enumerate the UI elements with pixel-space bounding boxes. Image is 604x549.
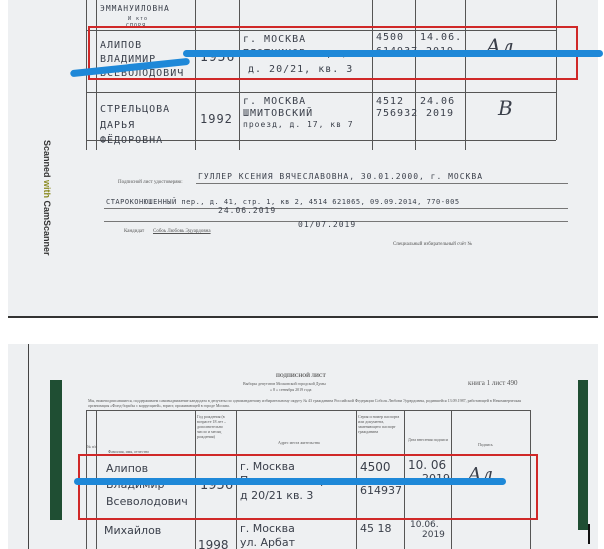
certifier-date: 24.06.2019 bbox=[218, 206, 276, 215]
sign-year: 2019 bbox=[422, 530, 445, 540]
first-name: ДАРЬЯ bbox=[100, 120, 135, 131]
underline bbox=[104, 208, 568, 209]
book-sheet-number: книга 1 лист 490 bbox=[468, 379, 518, 387]
sign-date: 10.06. bbox=[410, 520, 439, 530]
page-edge bbox=[28, 344, 29, 549]
birth-year: 1992 bbox=[200, 112, 233, 126]
sheet-subtitle: Выборы депутатов Московской городской Ду… bbox=[243, 381, 326, 386]
row-divider bbox=[86, 92, 556, 93]
address-house: проезд, д. 17, кв 7 bbox=[243, 120, 354, 129]
certifier-line-2: СТАРОКОНЮШЕННЫЙ пер., д. 41, стр. 1, кв … bbox=[106, 198, 460, 206]
candidate-label: Кандидат bbox=[124, 229, 144, 234]
signature: B bbox=[498, 96, 513, 120]
prev-row-name: ЭММАНУИЛОВНА bbox=[100, 4, 170, 13]
col-header-signature: Подпись bbox=[478, 442, 493, 447]
address-street: ул. Арбат bbox=[240, 536, 295, 549]
bottom-scan-page: ПОДПИСНОЙ ЛИСТ Выборы депутатов Московск… bbox=[8, 344, 598, 549]
sign-year: 2019 bbox=[426, 108, 454, 119]
col-header-passport: Серия и номер паспорта или документа, за… bbox=[358, 414, 402, 434]
camscanner-watermark: Scanned with CamScanner bbox=[42, 140, 52, 256]
certifier-label: Подписной лист удостоверяю: bbox=[118, 180, 183, 185]
birth-year: 1998 bbox=[198, 538, 229, 549]
certifier-line-1: ГУЛЛЕР КСЕНИЯ ВЯЧЕСЛАВОВНА, 30.01.2000, … bbox=[198, 172, 483, 181]
strike-line bbox=[183, 50, 603, 57]
prev-row-note: И кто bbox=[128, 16, 148, 22]
passport-number: 756932 bbox=[376, 108, 418, 119]
address-street: ШМИТОВСКИЙ bbox=[243, 108, 313, 119]
special-account-label: Специальный избирательный счёт № bbox=[393, 242, 472, 247]
underline bbox=[196, 183, 568, 184]
sign-date: 24.06 bbox=[420, 96, 455, 107]
surname: Михайлов bbox=[104, 524, 161, 537]
col-header-birth: Год рождения (в возрасте 18 лет – дополн… bbox=[197, 414, 233, 439]
table-border bbox=[86, 410, 530, 411]
highlight-box bbox=[78, 454, 538, 520]
edge-mark bbox=[588, 524, 590, 544]
passport-series: 4512 bbox=[376, 96, 404, 107]
strike-line bbox=[74, 478, 506, 485]
address-city: г. Москва bbox=[240, 522, 295, 535]
col-header-date: Дата внесения подписи bbox=[408, 437, 448, 442]
election-date: « 8 » сентября 2019 года bbox=[270, 387, 311, 392]
passport-series: 45 18 bbox=[360, 522, 392, 535]
green-strip bbox=[50, 380, 62, 520]
top-scan-page: Scanned with CamScanner ЭММАНУИЛОВНА И к… bbox=[8, 0, 598, 318]
candidate-name: Собоь Любовь Эдуардовна bbox=[153, 229, 211, 234]
col-header-number: № п/п bbox=[87, 444, 97, 449]
col-header-address: Адрес места жительства bbox=[278, 440, 320, 445]
patronymic: ФЁДОРОВНА bbox=[100, 135, 163, 146]
address-city: г. МОСКВА bbox=[243, 96, 306, 107]
candidate-date: 01/07.2019 bbox=[298, 220, 356, 229]
sheet-title: ПОДПИСНОЙ ЛИСТ bbox=[276, 374, 326, 379]
surname: СТРЕЛЬЦОВА bbox=[100, 104, 170, 115]
intro-text: Мы, нижеподписавшиеся, поддерживаем само… bbox=[88, 398, 528, 408]
green-strip bbox=[578, 380, 588, 530]
